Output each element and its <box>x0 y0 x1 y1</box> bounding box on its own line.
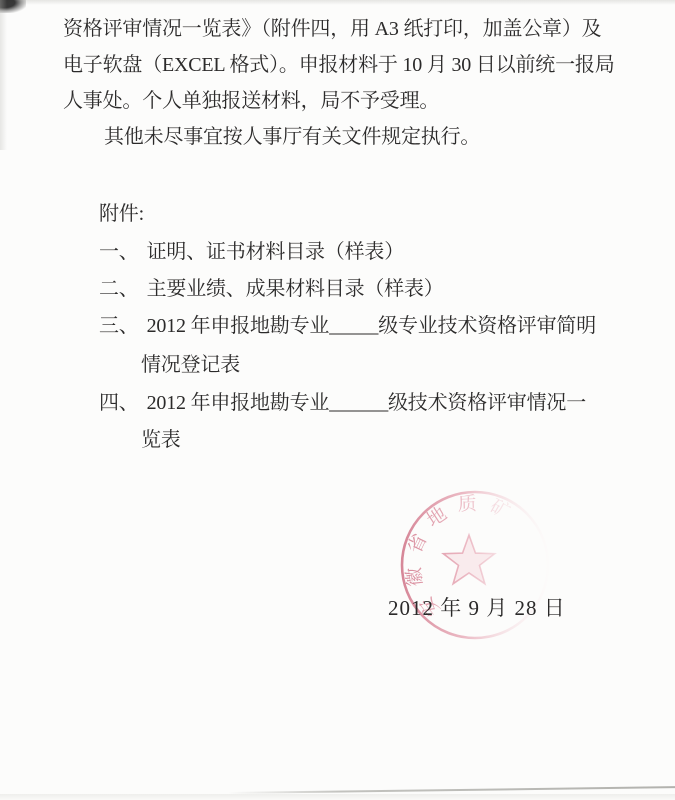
attachment-item-text: 证明、证书材料目录（样表） <box>147 240 404 264</box>
attachments-label: 附件: <box>99 202 144 226</box>
scanned-document-page: 资格评审情况一览表》（附件四，用 A3 纸打印，加盖公章）及 电子软盘（EXCE… <box>0 0 675 800</box>
attachment-item-continuation: 览表 <box>141 428 181 452</box>
paragraph-line: 其他未尽事宜按人事厅有关文件规定执行。 <box>104 125 480 149</box>
attachment-item-number: 一、 <box>99 240 139 264</box>
scan-left-edge-shade <box>0 0 7 150</box>
attachment-item-text: 主要业绩、成果材料目录（样表） <box>147 277 444 301</box>
attachment-item: 一、 证明、证书材料目录（样表） <box>99 240 404 264</box>
scan-bottom-page-edge-line <box>228 786 675 794</box>
star-icon <box>443 535 494 584</box>
attachment-item: 四、 2012 年申报地勘专业______级技术资格评审情况一 <box>99 391 586 415</box>
attachment-item-text: 2012 年申报地勘专业_____级专业技术资格评审简明 <box>147 314 596 338</box>
paragraph-line: 电子软盘（EXCEL 格式）。申报材料于 10 月 30 日以前统一报局 <box>63 53 615 77</box>
scan-bottom-shade <box>0 794 675 800</box>
official-seal: 安徽省地质矿 <box>385 475 565 655</box>
date-line: 2012 年 9 月 28 日 <box>388 592 566 622</box>
scan-top-edge-shadow <box>0 0 675 5</box>
attachment-item: 三、 2012 年申报地勘专业_____级专业技术资格评审简明 <box>99 314 596 338</box>
attachment-item-number: 三、 <box>99 314 139 338</box>
paragraph-line: 人事处。个人单独报送材料，局不予受理。 <box>63 89 439 113</box>
attachment-item-text: 2012 年申报地勘专业______级技术资格评审情况一 <box>147 391 586 415</box>
attachment-item: 二、 主要业绩、成果材料目录（样表） <box>99 277 444 301</box>
attachment-item-number: 四、 <box>99 391 139 415</box>
paragraph-line: 资格评审情况一览表》（附件四，用 A3 纸打印，加盖公章）及 <box>63 17 601 41</box>
scan-corner-smudge <box>0 0 26 13</box>
attachment-item-number: 二、 <box>99 277 139 301</box>
attachment-item-continuation: 情况登记表 <box>141 353 240 377</box>
